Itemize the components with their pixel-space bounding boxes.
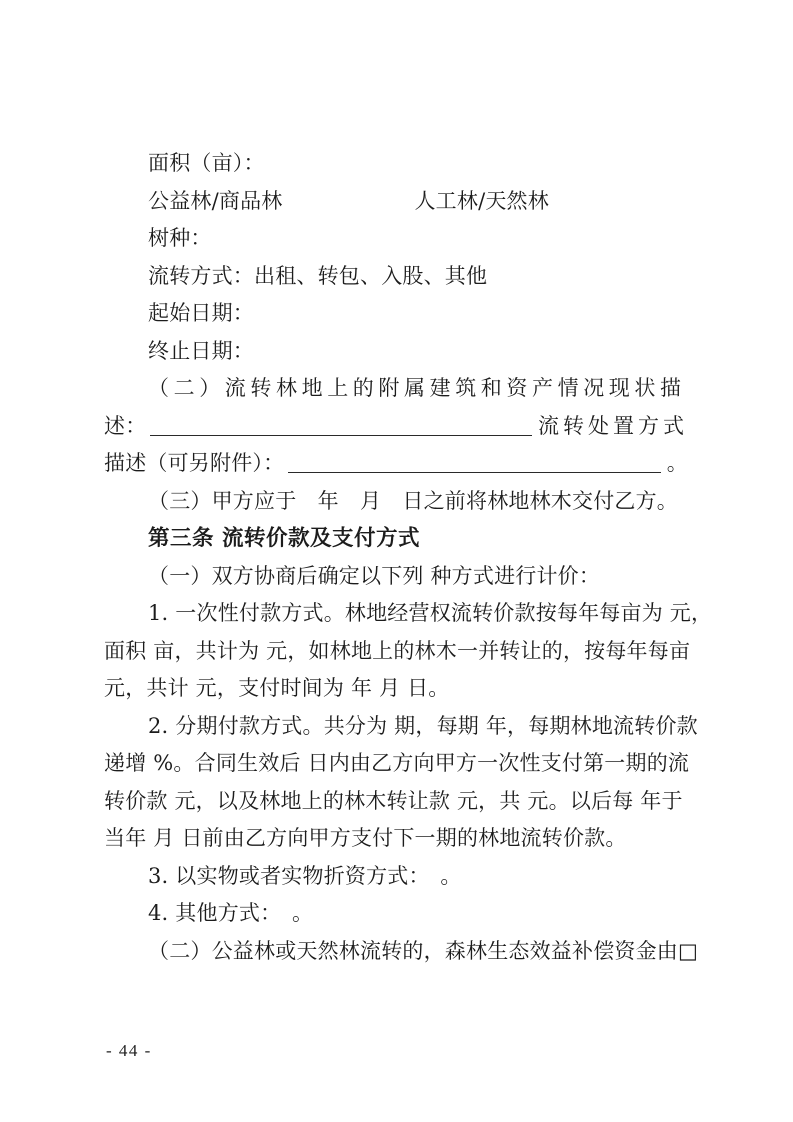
pay-method1-line2: 面积 亩，共计为 元，如林地上的林木一并转让的，按每年每亩 — [104, 633, 688, 671]
article3-heading: 第三条 流转价款及支付方式 — [104, 520, 688, 558]
pay-method1-line3: 元，共计 元，支付时间为 年 月 日。 — [104, 670, 688, 708]
pay-method2-line2: 递增 %。合同生效后 日内由乙方向甲方一次性支付第一期的流 — [104, 745, 688, 783]
start-date-line: 起始日期： — [104, 295, 688, 333]
article3-item2-line1: （二）公益林或天然林流转的，森林生态效益补偿资金由□ — [104, 933, 688, 971]
clause2-line2: 述： 流转处置方式 — [104, 408, 688, 446]
clause2-line1: （二）流转林地上的附属建筑和资产情况现状描 — [104, 370, 688, 408]
pay-method2-line1: 2. 分期付款方式。共分为 期，每期 年，每期林地流转价款 — [104, 708, 688, 746]
end-date-line: 终止日期： — [104, 333, 688, 371]
clause3-line: （三）甲方应于 年 月 日之前将林地林木交付乙方。 — [104, 483, 688, 521]
transfer-modes-line: 流转方式：出租、转包、入股、其他 — [104, 258, 688, 296]
pay-method1-line1: 1. 一次性付款方式。林地经营权流转价款按每年每亩为 元， — [104, 595, 688, 633]
clause2-line3-prefix: 描述（可另附件）： — [104, 445, 284, 483]
clause2-line2-suffix: 流转处置方式 — [538, 408, 688, 446]
page-number: - 44 - — [106, 1041, 152, 1061]
species-line: 树种： — [104, 220, 688, 258]
blank-underline — [288, 472, 660, 473]
pay-method2-line3: 转价款 元，以及林地上的林木转让款 元，共 元。以后每 年于 — [104, 783, 688, 821]
blank-underline — [150, 435, 532, 436]
article3-item1-intro: （一）双方协商后确定以下列 种方式进行计价： — [104, 558, 688, 596]
area-line: 面积（亩）： — [104, 145, 688, 183]
clause2-line3-suffix: 。 — [667, 445, 688, 483]
forest-type-line: 公益林/商品林人工林/天然林 — [104, 183, 688, 221]
pay-method3-line: 3. 以实物或者实物折资方式： 。 — [104, 858, 688, 896]
document-page: 面积（亩）： 公益林/商品林人工林/天然林 树种： 流转方式：出租、转包、入股、… — [0, 0, 793, 1122]
contract-body: 面积（亩）： 公益林/商品林人工林/天然林 树种： 流转方式：出租、转包、入股、… — [104, 145, 688, 970]
clause2-line2-prefix: 述： — [104, 408, 146, 446]
pay-method2-line4: 当年 月 日前由乙方向甲方支付下一期的林地流转价款。 — [104, 820, 688, 858]
clause2-line3: 描述（可另附件）： 。 — [104, 445, 688, 483]
forest-origin-text: 人工林/天然林 — [414, 189, 548, 213]
pay-method4-line: 4. 其他方式： 。 — [104, 895, 688, 933]
forest-category-text: 公益林/商品林 — [148, 189, 282, 213]
